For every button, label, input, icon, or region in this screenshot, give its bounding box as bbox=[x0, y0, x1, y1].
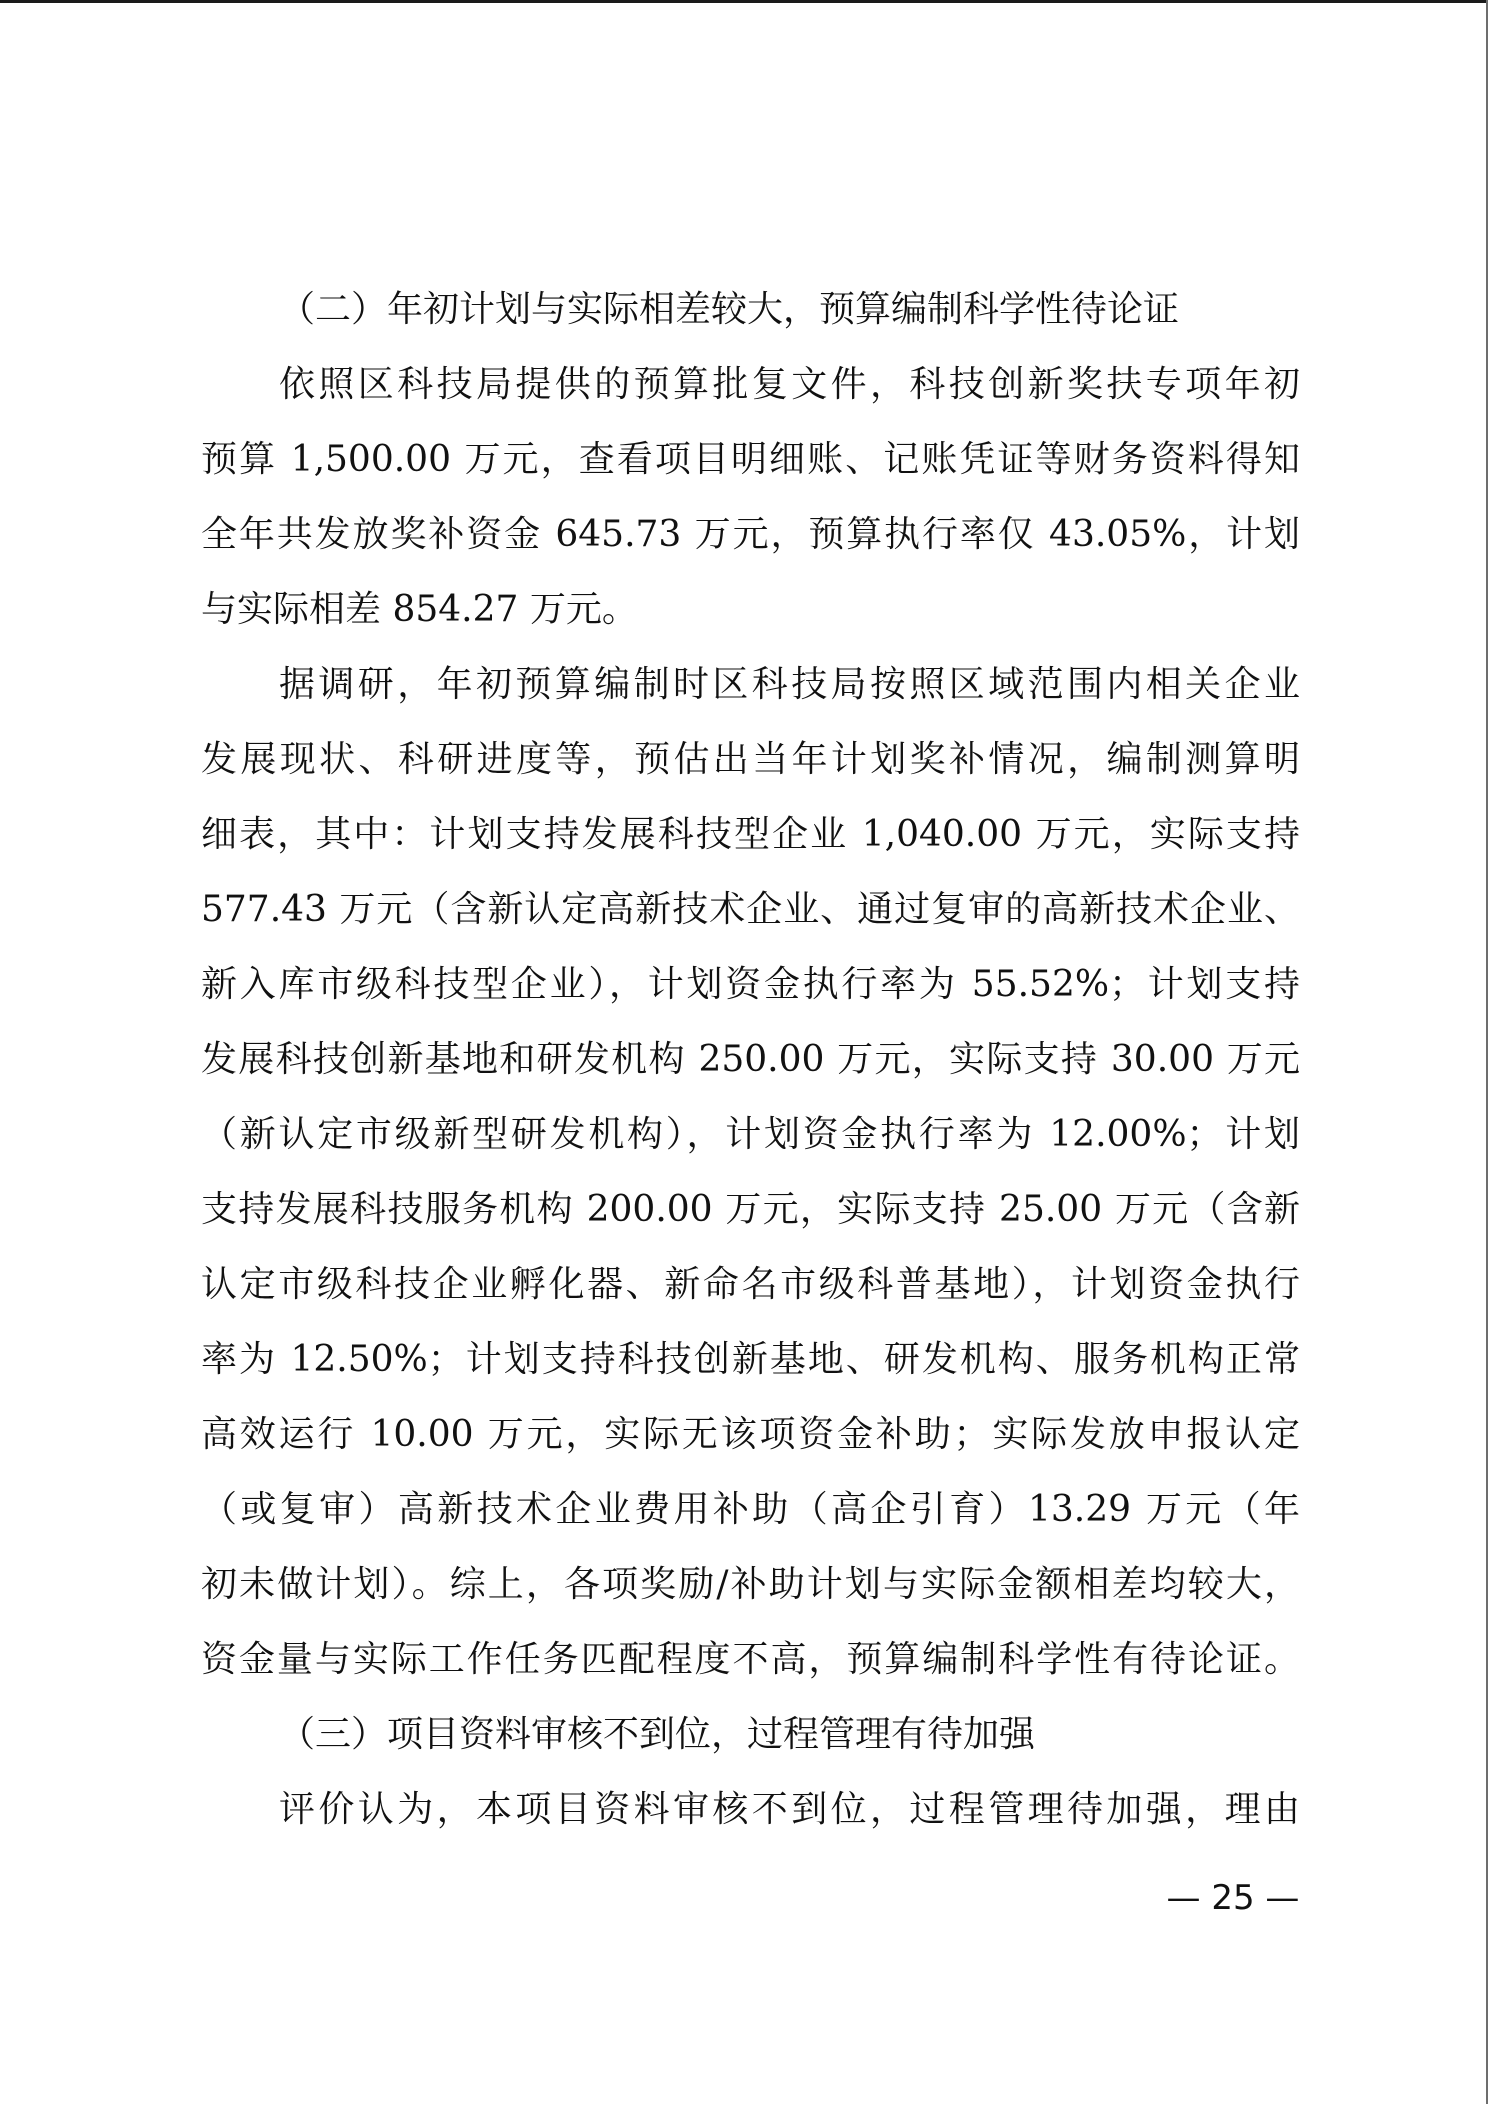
paragraph-line: 资金量与实际工作任务匹配程度不高，预算编制科学性有待论证。 bbox=[201, 1622, 1300, 1697]
paragraph-line: 评价认为，本项目资料审核不到位，过程管理待加强，理由 bbox=[201, 1772, 1300, 1847]
paragraph-line: 发展科技创新基地和研发机构 250.00 万元，实际支持 30.00 万元 bbox=[201, 1022, 1300, 1097]
paragraph-line: 率为 12.50%；计划支持科技创新基地、研发机构、服务机构正常 bbox=[201, 1322, 1300, 1397]
paragraph-line: 支持发展科技服务机构 200.00 万元，实际支持 25.00 万元（含新 bbox=[201, 1172, 1300, 1247]
paragraph-line: 高效运行 10.00 万元，实际无该项资金补助；实际发放申报认定 bbox=[201, 1397, 1300, 1472]
paragraph-line: 依照区科技局提供的预算批复文件，科技创新奖扶专项年初 bbox=[201, 347, 1300, 422]
paragraph-line: （新认定市级新型研发机构），计划资金执行率为 12.00%；计划 bbox=[201, 1097, 1300, 1172]
paragraph-line: 初未做计划）。综上，各项奖励/补助计划与实际金额相差均较大， bbox=[201, 1547, 1300, 1622]
paragraph-line: 与实际相差 854.27 万元。 bbox=[201, 572, 1300, 647]
paragraph-line: 新入库市级科技型企业），计划资金执行率为 55.52%；计划支持 bbox=[201, 947, 1300, 1022]
document-page-body: （二）年初计划与实际相差较大，预算编制科学性待论证 依照区科技局提供的预算批复文… bbox=[201, 272, 1300, 1847]
paragraph-evaluation: 评价认为，本项目资料审核不到位，过程管理待加强，理由 bbox=[201, 1772, 1300, 1847]
paragraph-line: （或复审）高新技术企业费用补助（高企引育）13.29 万元（年 bbox=[201, 1472, 1300, 1547]
paragraph-line: 发展现状、科研进度等，预估出当年计划奖补情况，编制测算明 bbox=[201, 722, 1300, 797]
paragraph-research-findings: 据调研，年初预算编制时区科技局按照区域范围内相关企业 发展现状、科研进度等，预估… bbox=[201, 647, 1300, 1697]
paragraph-line: 认定市级科技企业孵化器、新命名市级科普基地），计划资金执行 bbox=[201, 1247, 1300, 1322]
paragraph-line: 据调研，年初预算编制时区科技局按照区域范围内相关企业 bbox=[201, 647, 1300, 722]
paragraph-line: 577.43 万元（含新认定高新技术企业、通过复审的高新技术企业、 bbox=[201, 872, 1300, 947]
paragraph-line: 预算 1,500.00 万元，查看项目明细账、记账凭证等财务资料得知 bbox=[201, 422, 1300, 497]
paragraph-line: 全年共发放奖补资金 645.73 万元，预算执行率仅 43.05%，计划 bbox=[201, 497, 1300, 572]
paragraph-budget-execution: 依照区科技局提供的预算批复文件，科技创新奖扶专项年初 预算 1,500.00 万… bbox=[201, 347, 1300, 647]
paragraph-line: 细表，其中：计划支持发展科技型企业 1,040.00 万元，实际支持 bbox=[201, 797, 1300, 872]
section-heading-3: （三）项目资料审核不到位，过程管理有待加强 bbox=[201, 1697, 1300, 1772]
page-top-border bbox=[0, 0, 1488, 3]
section-heading-2: （二）年初计划与实际相差较大，预算编制科学性待论证 bbox=[201, 272, 1300, 347]
page-number: — 25 — bbox=[1160, 1876, 1306, 1920]
